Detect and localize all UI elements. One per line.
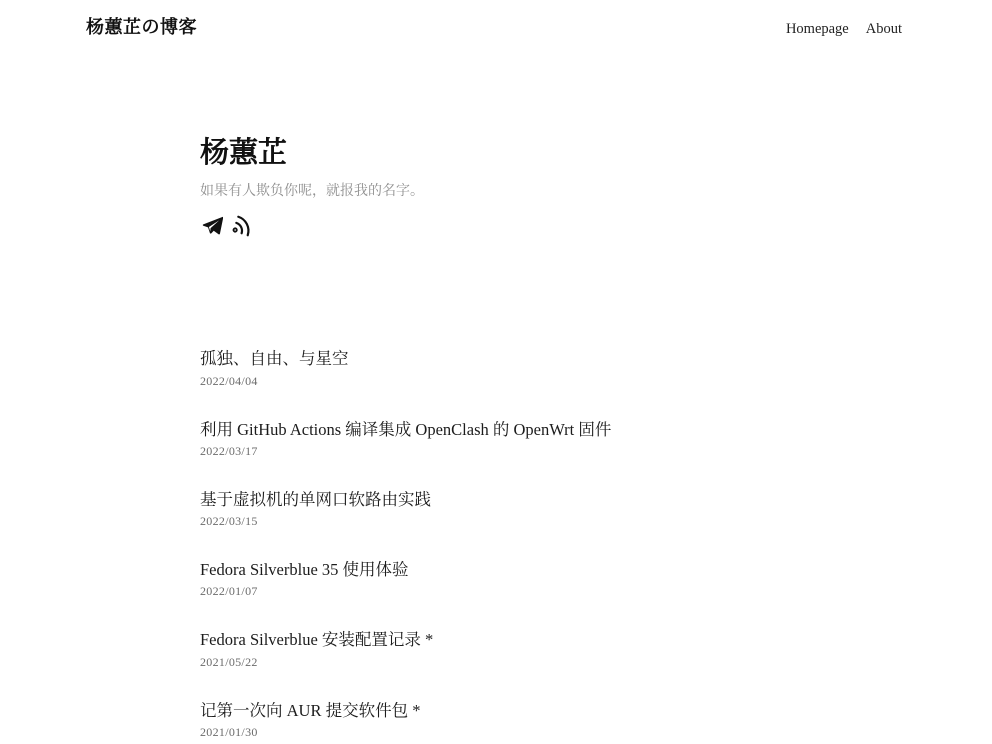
site-header: 杨蕙芷の博客 Homepage About	[0, 0, 992, 39]
post-date: 2021/01/30	[200, 725, 872, 740]
post-title-link[interactable]: 利用 GitHub Actions 编译集成 OpenClash 的 OpenW…	[200, 419, 611, 441]
hero-section: 杨蕙芷 如果有人欺负你呢，就报我的名字。	[200, 137, 872, 238]
post-item: 孤独、自由、与星空 2022/04/04	[200, 348, 872, 388]
post-date: 2022/04/04	[200, 374, 872, 389]
post-item: 记第一次向 AUR 提交软件包 * 2021/01/30	[200, 700, 872, 740]
nav-about-link[interactable]: About	[866, 21, 902, 38]
main-content: 杨蕙芷 如果有人欺负你呢，就报我的名字。 孤独、自由、与星空 2022/04/0…	[0, 137, 992, 740]
site-title-link[interactable]: 杨蕙芷の博客	[86, 13, 197, 39]
post-title-link[interactable]: Fedora Silverblue 安装配置记录 *	[200, 629, 433, 651]
post-list: 孤独、自由、与星空 2022/04/04 利用 GitHub Actions 编…	[200, 348, 872, 740]
post-date: 2022/03/15	[200, 514, 872, 529]
telegram-icon[interactable]	[200, 214, 224, 238]
post-date: 2022/01/07	[200, 584, 872, 599]
hero-subtitle: 如果有人欺负你呢，就报我的名字。	[200, 180, 872, 200]
post-title-link[interactable]: Fedora Silverblue 35 使用体验	[200, 559, 409, 581]
post-item: 利用 GitHub Actions 编译集成 OpenClash 的 OpenW…	[200, 419, 872, 459]
nav-homepage-link[interactable]: Homepage	[786, 21, 849, 38]
rss-icon[interactable]	[231, 214, 255, 238]
post-item: 基于虚拟机的单网口软路由实践 2022/03/15	[200, 489, 872, 529]
post-title-link[interactable]: 记第一次向 AUR 提交软件包 *	[200, 700, 420, 722]
hero-title: 杨蕙芷	[200, 137, 872, 170]
post-date: 2022/03/17	[200, 444, 872, 459]
post-title-link[interactable]: 孤独、自由、与星空	[200, 348, 349, 370]
post-date: 2021/05/22	[200, 655, 872, 670]
post-title-link[interactable]: 基于虚拟机的单网口软路由实践	[200, 489, 431, 511]
post-item: Fedora Silverblue 安装配置记录 * 2021/05/22	[200, 629, 872, 669]
top-nav: Homepage About	[786, 21, 902, 38]
post-item: Fedora Silverblue 35 使用体验 2022/01/07	[200, 559, 872, 599]
social-links	[200, 214, 872, 238]
